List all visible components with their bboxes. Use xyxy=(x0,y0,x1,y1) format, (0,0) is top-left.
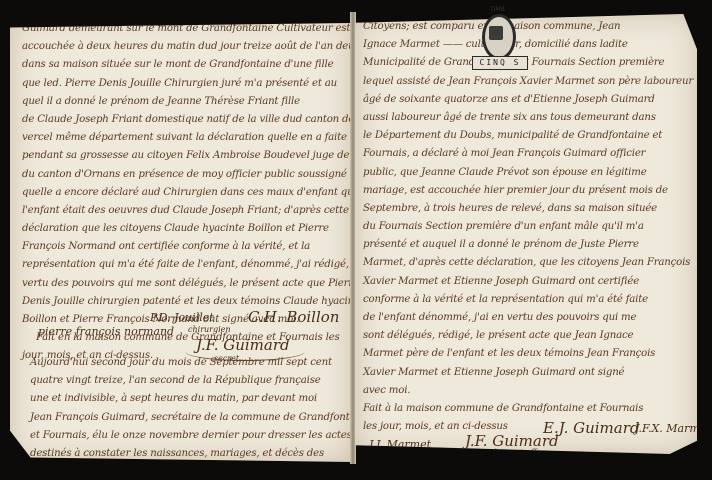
text-line: et Fournais, élu le onze novembre dernie… xyxy=(30,427,371,445)
signature-jfx-marmet: J.F.X. Marmet xyxy=(635,422,711,435)
text-line: l'enfant était des oeuvres dud Claude Jo… xyxy=(22,202,373,220)
signature-normand: pierre françois normand xyxy=(38,325,174,338)
text-line: aussi laboureur âgé de trente six ans to… xyxy=(363,109,693,127)
right-page-text: Citoyens; est comparu en la maison commu… xyxy=(363,18,693,436)
text-line: mariage, est accouchée hier premier jour… xyxy=(363,182,693,200)
text-line: conforme à la vérité et la représentatio… xyxy=(363,291,693,309)
right-page: Citoyens; est comparu en la maison commu… xyxy=(355,14,697,454)
text-line: Septembre, à trois heures de relevé, dan… xyxy=(363,200,693,218)
text-line: du canton d'Ornans en présence de moy of… xyxy=(22,166,373,184)
signature-jj-marmet: J.J. Marmet xyxy=(369,438,431,451)
text-line: public, que Jeanne Claude Prévot son épo… xyxy=(363,164,693,182)
text-line: une et indivisible, à sept heures du mat… xyxy=(30,390,371,408)
left-page: Guimard demeurant sur le mont de Grandfo… xyxy=(10,14,352,462)
text-line: sont délégués, rédigé, le présent acte q… xyxy=(363,327,693,345)
signature-boillon: C.H. Boillon xyxy=(248,308,339,326)
text-line: âgé de soixante quatorze ans et d'Etienn… xyxy=(363,91,693,109)
text-line: représentation qui m'a été faite de l'en… xyxy=(22,256,373,274)
text-line: quelle a encore déclaré aud Chirurgien d… xyxy=(22,184,373,202)
text-line: Aujourd'hui second jour du mois de Septe… xyxy=(30,354,371,372)
text-line: quatre vingt treize, l'an second de la R… xyxy=(30,372,371,390)
signature-note-chirurgien: chirurgien xyxy=(188,325,231,334)
text-line: de l'enfant dénommé, j'ai en vertu des p… xyxy=(363,309,693,327)
text-line: de Claude Joseph Friant domestique natif… xyxy=(22,111,373,129)
text-line: Xavier Marmet et Etienne Joseph Guimard … xyxy=(363,273,693,291)
crown-icon xyxy=(489,26,503,40)
text-line: Fait à la maison commune de Grandfontain… xyxy=(363,400,693,418)
text-line: Guimard demeurant sur le mont de Grandfo… xyxy=(22,20,373,38)
text-line: vertu des pouvoirs qui me sont délégués,… xyxy=(22,275,373,293)
text-line: destinés à constater les naissances, mar… xyxy=(30,445,371,463)
text-line: quel il a donné le prénom de Jeanne Thér… xyxy=(22,93,373,111)
text-line: Marmet, d'après cette déclaration, que l… xyxy=(363,254,693,272)
text-line: du Fournais Section première d'un enfant… xyxy=(363,218,693,236)
text-line: Xavier Marmet et Etienne Joseph Guimard … xyxy=(363,364,693,382)
text-line: accouchée à deux heures du matin dud jou… xyxy=(22,38,373,56)
signature-jouillet: P.D. Jouillet xyxy=(150,311,214,324)
tax-stamp: TIMB CINQ S xyxy=(468,6,528,78)
text-line: que led. Pierre Denis Jouille Chirurgien… xyxy=(22,75,373,93)
left-page-text-bottom: Aujourd'hui second jour du mois de Septe… xyxy=(30,354,371,463)
text-line: pendant sa grossesse au citoyen Felix Am… xyxy=(22,147,373,165)
text-line: François Normand ont certifiée conforme … xyxy=(22,238,373,256)
text-line: déclaration que les citoyens Claude hyac… xyxy=(22,220,373,238)
stamp-label: CINQ S xyxy=(472,56,528,70)
margin-annotation: quatrième et dernier xyxy=(262,12,347,21)
text-line: vercel même département suivant la décla… xyxy=(22,129,373,147)
stamp-top-text: TIMB xyxy=(490,6,505,13)
text-line: Marmet père de l'enfant et les deux témo… xyxy=(363,345,693,363)
text-line: Fournais, a déclaré à moi Jean François … xyxy=(363,145,693,163)
text-line: présenté et auquel il a donné le prénom … xyxy=(363,236,693,254)
text-line: dans sa maison située sur le mont de Gra… xyxy=(22,56,373,74)
text-line: avec moi. xyxy=(363,382,693,400)
text-line: le Département du Doubs, municipalité de… xyxy=(363,127,693,145)
signature-note-secret-right: secrét. p. et off. p. xyxy=(475,448,549,457)
text-line: Jean François Guimard, secrétaire de la … xyxy=(30,409,371,427)
